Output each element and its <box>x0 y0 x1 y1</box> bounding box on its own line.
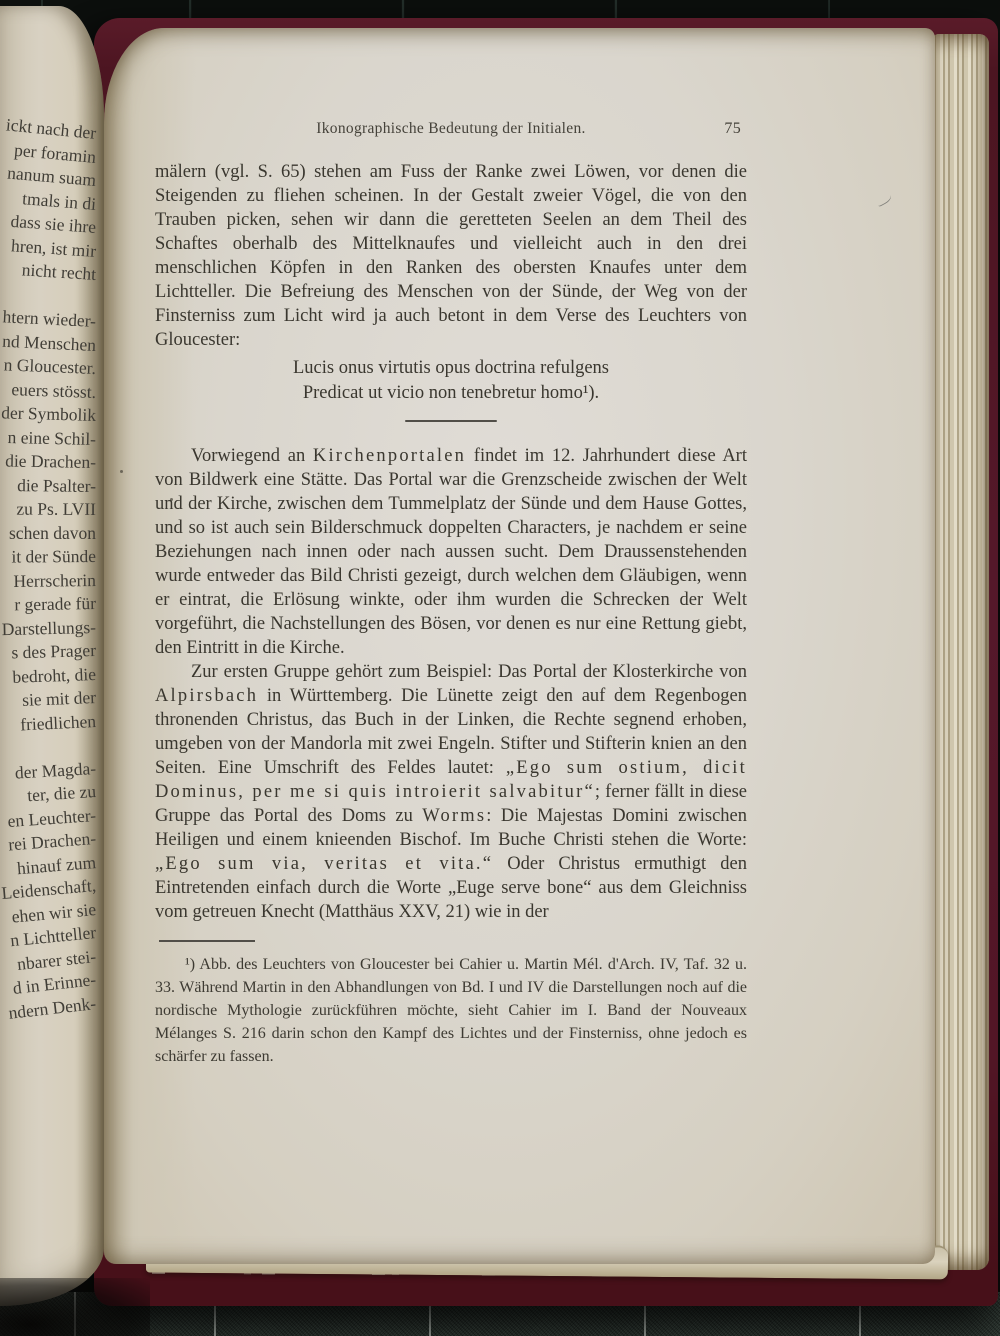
emphasized-text: Worms <box>422 806 486 826</box>
page-edge-stack <box>931 34 989 1270</box>
text-segment: findet im 12. Jahrhundert diese Art von … <box>155 446 747 658</box>
footnote-rule <box>159 940 255 942</box>
book-photo-scene: ickt nach derper foraminnanum suamtmals … <box>0 0 1000 1336</box>
left-page-line: n eine Schil- <box>0 425 96 451</box>
paragraph-2: Vorwiegend an Kirchenportalen findet im … <box>155 444 747 660</box>
page-header-title: Ikonographische Bedeutung der Initialen. <box>155 120 747 138</box>
left-page-line: sie mit der <box>0 686 96 714</box>
left-page-line: s des Prager <box>0 639 96 665</box>
left-page-line: zu Ps. LVII <box>0 497 96 521</box>
left-page-line: bedroht, die <box>0 663 96 690</box>
text-segment: ¹) Abb. des Leuchters von Gloucester bei… <box>155 956 747 1065</box>
latin-verse: Lucis onus virtutis opus doctrina refulg… <box>155 356 747 406</box>
page-number: 75 <box>724 120 741 138</box>
left-page-line: r gerade für <box>0 592 96 617</box>
verse-line: Lucis onus virtutis opus doctrina refulg… <box>155 356 747 381</box>
printed-text-block: Ikonographische Bedeutung der Initialen.… <box>155 120 747 1068</box>
paragraph-3: Zur ersten Gruppe gehört zum Beispiel: D… <box>155 660 747 924</box>
book-shadow <box>0 1278 150 1336</box>
running-header: Ikonographische Bedeutung der Initialen.… <box>155 120 747 140</box>
text-segment: Vorwiegend an <box>191 446 313 466</box>
left-page-line: die Psalter- <box>0 473 96 498</box>
emphasized-text: Alpirsbach <box>155 686 258 706</box>
left-page-line: nd Menschen <box>0 329 97 357</box>
footnote: ¹) Abb. des Leuchters von Gloucester bei… <box>155 953 747 1068</box>
emphasized-text: Kirchenportalen <box>313 446 466 466</box>
paper-speck <box>120 470 123 473</box>
left-page-line: htern wieder- <box>0 305 97 334</box>
left-page-line: Herrscherin <box>0 569 96 594</box>
body-copy: mälern (vgl. S. 65) stehen am Fuss der R… <box>155 160 747 924</box>
footnote-text: ¹) Abb. des Leuchters von Gloucester bei… <box>155 953 747 1068</box>
left-page-line: n Gloucester. <box>0 353 96 381</box>
fiber-speck <box>875 192 893 207</box>
left-page-line: schen davon <box>0 522 96 546</box>
left-page-line: die Drachen- <box>0 449 96 474</box>
left-page-line: Darstellungs- <box>0 616 96 642</box>
left-page-line: der Symbolik <box>0 401 96 427</box>
text-segment: mälern (vgl. S. 65) stehen am Fuss der R… <box>155 162 747 350</box>
section-divider-rule <box>405 420 497 422</box>
text-segment: Zur ersten Gruppe gehört zum Beispiel: D… <box>191 662 747 682</box>
left-page-text-fragments: ickt nach derper foraminnanum suamtmals … <box>0 122 96 1015</box>
verse-line: Predicat ut vicio non tenebretur homo¹). <box>155 381 747 406</box>
emphasized-text: „Ego sum via, veritas et vita.“ <box>155 854 493 874</box>
left-page-line: it der Sünde <box>0 545 96 569</box>
left-page-curved: ickt nach derper foraminnanum suamtmals … <box>0 6 104 1306</box>
left-page-line: euers stösst. <box>0 377 96 404</box>
paragraph-1: mälern (vgl. S. 65) stehen am Fuss der R… <box>155 160 747 352</box>
